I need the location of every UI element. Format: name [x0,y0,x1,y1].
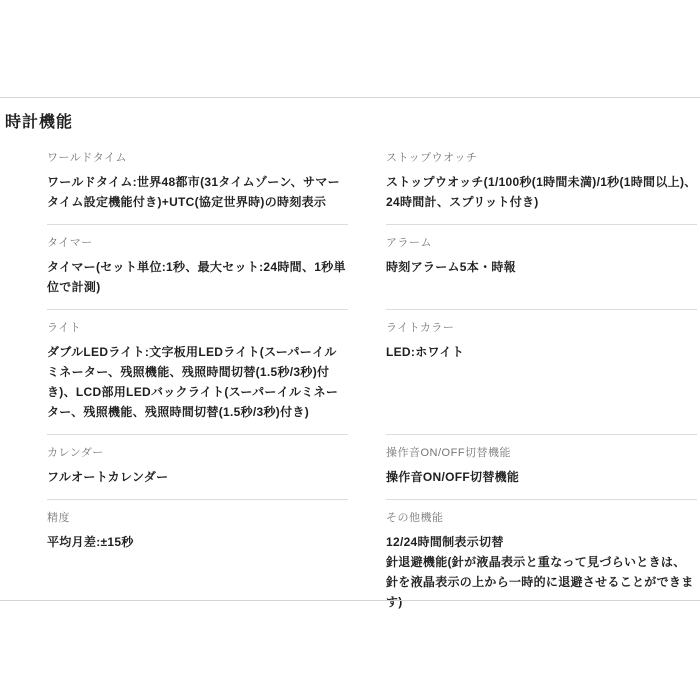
spec-value: タイマー(セット単位:1秒、最大セット:24時間、1秒単位で計測) [47,257,348,297]
spec-cell-accuracy: 精度 平均月差:±15秒 [47,500,348,624]
section-bottom-divider [0,600,700,601]
spec-value: 時刻アラーム5本・時報 [386,257,697,277]
spec-value: 平均月差:±15秒 [47,532,348,552]
spec-label: 精度 [47,512,348,525]
spec-value: LED:ホワイト [386,342,697,362]
spec-label: ストップウオッチ [386,152,697,165]
spec-label: ライト [47,322,348,335]
spec-label: カレンダー [47,447,348,460]
section-top-divider [0,97,700,98]
spec-cell-world-time: ワールドタイム ワールドタイム:世界48都市(31タイムゾーン、サマータイム設定… [47,140,348,225]
spec-label: 操作音ON/OFF切替機能 [386,447,697,460]
section-title: 時計機能 [5,112,73,134]
spec-label: ライトカラー [386,322,697,335]
spec-label: タイマー [47,237,348,250]
spec-cell-stopwatch: ストップウオッチ ストップウオッチ(1/100秒(1時間未満)/1秒(1時間以上… [386,140,697,225]
spec-value: ワールドタイム:世界48都市(31タイムゾーン、サマータイム設定機能付き)+UT… [47,172,348,212]
spec-cell-light: ライト ダブルLEDライト:文字板用LEDライト(スーパーイルミネーター、残照機… [47,310,348,435]
spec-label: アラーム [386,237,697,250]
spec-label: その他機能 [386,512,697,525]
spec-cell-operation-sound: 操作音ON/OFF切替機能 操作音ON/OFF切替機能 [386,435,697,500]
spec-cell-alarm: アラーム 時刻アラーム5本・時報 [386,225,697,310]
spec-table: ワールドタイム ワールドタイム:世界48都市(31タイムゾーン、サマータイム設定… [47,140,697,624]
spec-cell-light-color: ライトカラー LED:ホワイト [386,310,697,435]
spec-cell-calendar: カレンダー フルオートカレンダー [47,435,348,500]
spec-label: ワールドタイム [47,152,348,165]
spec-value: 操作音ON/OFF切替機能 [386,467,697,487]
spec-cell-other-functions: その他機能 12/24時間制表示切替 針退避機能(針が液晶表示と重なって見づらい… [386,500,697,624]
spec-value: フルオートカレンダー [47,467,348,487]
spec-value: ダブルLEDライト:文字板用LEDライト(スーパーイルミネーター、残照機能、残照… [47,342,348,422]
spec-value: ストップウオッチ(1/100秒(1時間未満)/1秒(1時間以上)、24時間計、ス… [386,172,697,212]
spec-cell-timer: タイマー タイマー(セット単位:1秒、最大セット:24時間、1秒単位で計測) [47,225,348,310]
